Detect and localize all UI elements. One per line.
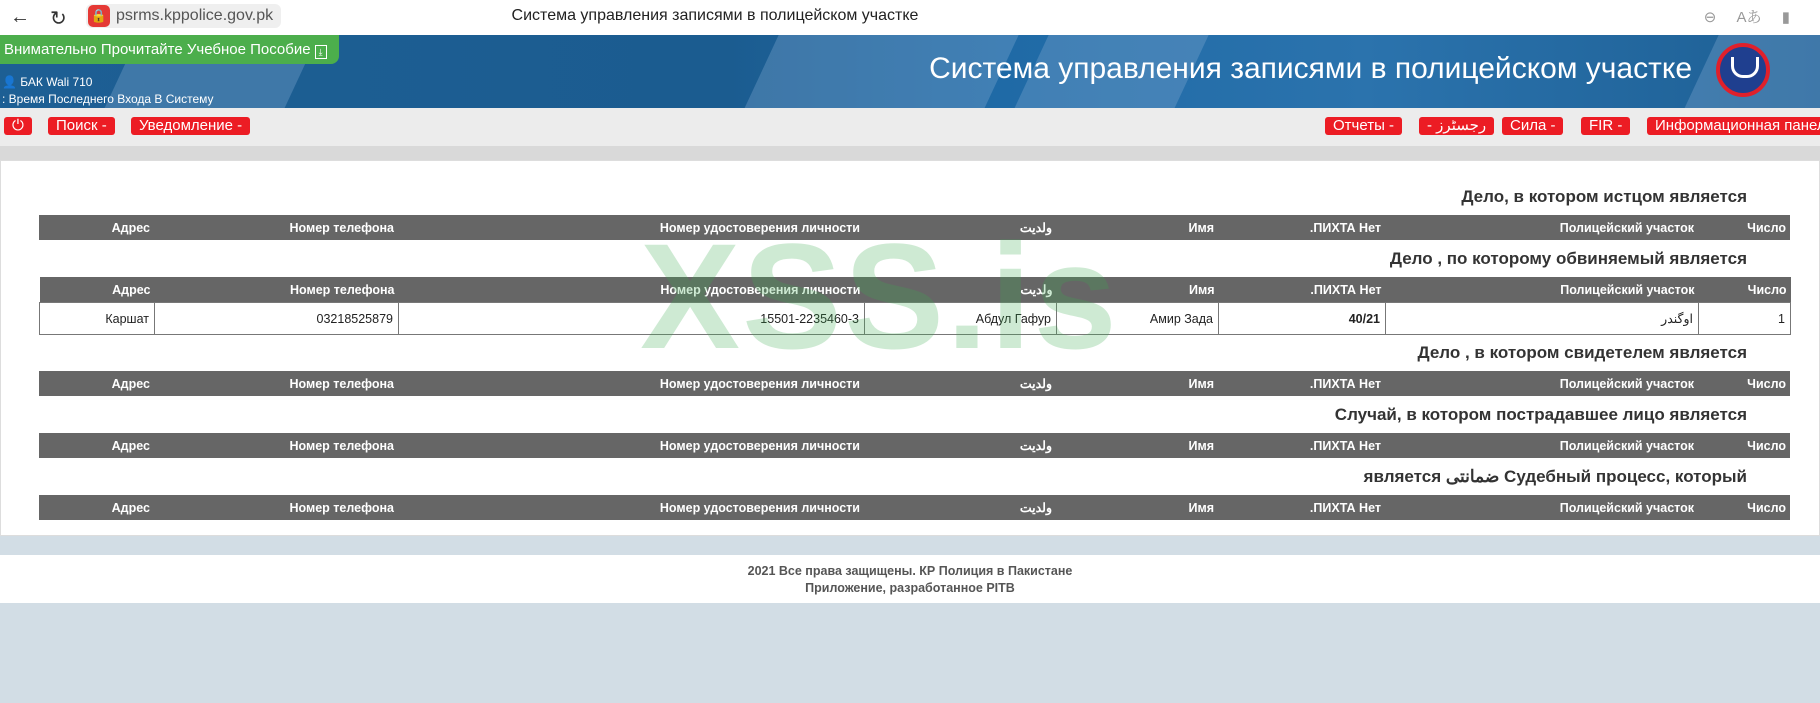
zoom-icon[interactable]: ⊖ [1704, 9, 1717, 26]
column-header[interactable]: Число [1698, 495, 1790, 520]
menu-fir[interactable]: FIR - [1581, 117, 1630, 135]
column-header[interactable]: Полицейский участок [1385, 495, 1698, 520]
column-header[interactable]: Адрес [39, 433, 154, 458]
column-header[interactable]: Номер телефона [154, 371, 398, 396]
app-title: Система управления записями в полицейско… [929, 52, 1692, 86]
column-header[interactable]: ولدیت [864, 215, 1056, 240]
column-header[interactable]: .ПИХТА Нет [1218, 371, 1385, 396]
column-header[interactable]: Номер телефона [154, 215, 398, 240]
section-title: Дело , в котором свидетелем является [1418, 343, 1747, 363]
column-header[interactable]: Номер удостоверения личности [398, 495, 864, 520]
copyright: 2021 Все права защищены. КР Полиция в Па… [0, 563, 1820, 580]
last-login: : Время Последнего Входа В Систему [2, 92, 214, 106]
table-cell[interactable]: 40/21 [1219, 303, 1386, 335]
content-panel: Дело, в котором истцом являетсяАдресНоме… [0, 160, 1820, 536]
section-title: является ضمانتی Судебный процесс, которы… [1364, 467, 1747, 487]
table-cell: اوگندر [1386, 303, 1699, 335]
column-header[interactable]: Номер удостоверения личности [398, 215, 864, 240]
user-icon: 👤 [2, 75, 17, 89]
menu-search[interactable]: Поиск - [48, 117, 115, 135]
records-table: АдресНомер телефонаНомер удостоверения л… [39, 277, 1791, 335]
column-header[interactable]: Полицейский участок [1386, 277, 1699, 303]
menu-reports[interactable]: Отчеты - [1325, 117, 1402, 135]
table-cell: Абдул Гафур [865, 303, 1057, 335]
column-header[interactable]: Полицейский участок [1385, 371, 1698, 396]
menu-notification[interactable]: Уведомление - [131, 117, 250, 135]
column-header[interactable]: Адрес [39, 215, 154, 240]
column-header[interactable]: Имя [1057, 277, 1219, 303]
column-header[interactable]: Номер удостоверения личности [398, 371, 864, 396]
records-table: АдресНомер телефонаНомер удостоверения л… [39, 371, 1790, 396]
column-header[interactable]: Номер телефона [154, 433, 398, 458]
browser-bar: ← ↻ 🔒 psrms.kppolice.gov.pk Система упра… [0, 0, 1820, 35]
table-cell: Амир Зада [1057, 303, 1219, 335]
header-banner: Внимательно Прочитайте Учебное Пособие⤓ … [0, 35, 1820, 108]
window-title: Система управления записями в полицейско… [0, 7, 1430, 25]
column-header[interactable]: .ПИХТА Нет [1219, 277, 1386, 303]
developer-credit: Приложение, разработанное PITB [0, 580, 1820, 597]
records-table: АдресНомер телефонаНомер удостоверения л… [39, 433, 1790, 458]
section-title: Случай, в котором пострадавшее лицо явля… [1335, 405, 1747, 425]
column-header[interactable]: .ПИХТА Нет [1218, 495, 1385, 520]
menu-registers[interactable]: - رجسٹرز [1419, 117, 1494, 135]
column-header[interactable]: .ПИХТА Нет [1218, 433, 1385, 458]
table-cell: Каршат [40, 303, 155, 335]
column-header[interactable]: Полицейский участок [1385, 433, 1698, 458]
table-cell: 15501-2235460-3 [399, 303, 865, 335]
records-table: АдресНомер телефонаНомер удостоверения л… [39, 215, 1790, 240]
table-cell: 1 [1699, 303, 1791, 335]
column-header[interactable]: Имя [1056, 495, 1218, 520]
section-title: Дело, в котором истцом является [1461, 187, 1747, 207]
records-table: АдресНомер телефонаНомер удостоверения л… [39, 495, 1790, 520]
police-logo [1716, 43, 1770, 97]
column-header[interactable]: Номер удостоверения личности [398, 433, 864, 458]
column-header[interactable]: Имя [1056, 215, 1218, 240]
column-header[interactable]: ولدیت [864, 433, 1056, 458]
column-header[interactable]: Число [1698, 371, 1790, 396]
column-header[interactable]: ولدیت [864, 371, 1056, 396]
menu-bar: ⏻ Поиск - Уведомление - Отчеты - - رجسٹر… [0, 108, 1820, 160]
column-header[interactable]: Адрес [39, 371, 154, 396]
bookmark-icon[interactable]: ▮ [1782, 9, 1790, 26]
table-cell: 03218525879 [155, 303, 399, 335]
column-header[interactable]: .ПИХТА Нет [1218, 215, 1385, 240]
section-title: Дело , по которому обвиняемый является [1390, 249, 1747, 269]
user-info: 👤 БАК Wali 710 [2, 75, 92, 89]
power-button[interactable]: ⏻ [4, 117, 32, 135]
column-header[interactable]: ولدیت [864, 495, 1056, 520]
column-header[interactable]: Номер телефона [154, 495, 398, 520]
column-header[interactable]: Число [1698, 215, 1790, 240]
pdf-icon: ⤓ [315, 45, 327, 59]
menu-force[interactable]: Сила - [1502, 117, 1563, 135]
menu-dashboard[interactable]: Информационная панель [1647, 117, 1820, 135]
column-header[interactable]: Номер удостоверения личности [399, 277, 865, 303]
manual-link[interactable]: Внимательно Прочитайте Учебное Пособие⤓ [0, 35, 339, 64]
column-header[interactable]: Полицейский участок [1385, 215, 1698, 240]
column-header[interactable]: Имя [1056, 371, 1218, 396]
column-header[interactable]: Имя [1056, 433, 1218, 458]
column-header[interactable]: ولدیت [865, 277, 1057, 303]
column-header[interactable]: Номер телефона [155, 277, 399, 303]
footer: 2021 Все права защищены. КР Полиция в Па… [0, 555, 1820, 603]
column-header[interactable]: Адрес [40, 277, 155, 303]
column-header[interactable]: Адрес [39, 495, 154, 520]
table-row: Каршат0321852587915501-2235460-3Абдул Га… [40, 303, 1791, 335]
column-header[interactable]: Число [1698, 433, 1790, 458]
translate-icon[interactable]: Aあ [1737, 9, 1762, 26]
column-header[interactable]: Число [1699, 277, 1791, 303]
